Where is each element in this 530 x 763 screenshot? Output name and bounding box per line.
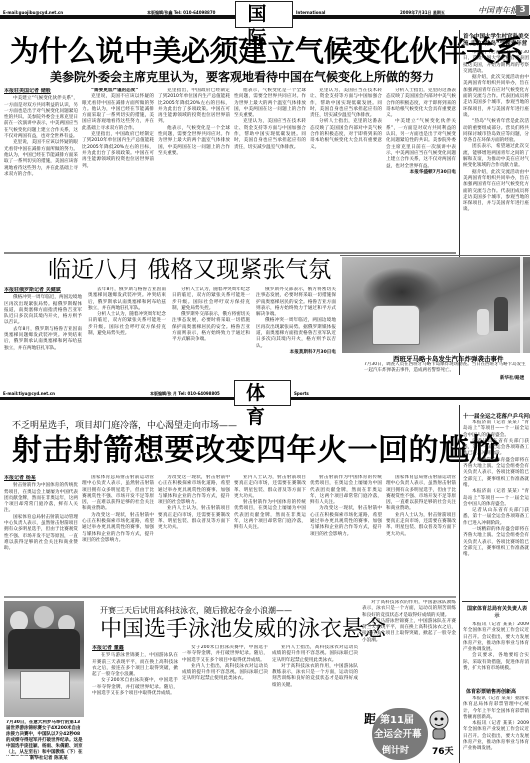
paragraph: 业内人士认为，射击射箭项目要真正走向市场，还需要在赛制改革、明星包装、群众普及等… xyxy=(386,513,456,538)
paragraph: 去年8月，俄罗斯与格鲁吉亚因南奥塞梯问题爆发武装冲突。冲突结束后，俄罗斯承认南奥… xyxy=(88,287,166,312)
paragraph: 分析人士指出，克里的这番表态反映了美国国会内部对中美气候合作的积极态度，对于即将… xyxy=(386,88,456,119)
lead-byline: 本报驻美国记者 储殷 xyxy=(4,88,78,94)
paragraph: 业内人士认为，射击射箭项目要真正走向市场，还需要在赛制改革、明星包装、群众普及等… xyxy=(234,475,306,500)
paragraph: 俄罗斯外交部表示，俄方将密切关注事态发展，必要时将采取一切措施保护南奥塞梯居民的… xyxy=(172,312,250,343)
paragraph: 本报讯（记者 某某）2009年全国体育产业发展工作会议近日召开。会议指出，要大力… xyxy=(463,622,529,653)
countdown-line3: 倒计时 xyxy=(382,743,409,756)
paragraph: 对于高科技泳衣的作用，中国游泳队教练表示，泳衣只是一个方面，运动员的刻苦训练和良… xyxy=(272,664,358,689)
countdown-days: 76天 xyxy=(432,744,454,757)
paragraph: 业内人士指出，高科技泳衣对运动员成绩的提升作用不容忽视。国际泳联已决定从明年起禁… xyxy=(272,645,358,664)
paragraph: 业内人士认为，射击射箭项目要真正走向市场，还需要在赛制改革、明星包装、群众普及等… xyxy=(158,506,230,531)
header-email[interactable]: E-mail:guojibu@cyd.net.cn xyxy=(3,10,63,15)
paragraph: 为改变这一现状，射击射箭中心正在积极探索市场化道路，希望通过举办更具观赏性的赛事… xyxy=(310,506,382,537)
swim-headline: 中国选手泳池发威的泳衣悬念 xyxy=(100,617,360,643)
paragraph: 会议要求，各地要结合实际，采取有效措施，促进体育消费，扩大体育市场规模。 xyxy=(463,653,529,672)
lead-subheadline: 美参院外委会主席克里认为，要客观地看待中国在气候变化上所做的努力 xyxy=(50,70,450,84)
paragraph: 业内人士指出，高科技泳衣对运动员成绩的提升作用不容忽视。国际泳联已决定从明年起禁… xyxy=(182,664,268,683)
sports-side-headline: 十一届全运之花落户乒乓河山 xyxy=(463,412,529,420)
swim-column-3: 业内人士指出，高科技泳衣对运动员成绩的提升作用不容忽视。国际泳联已决定从明年起禁… xyxy=(272,645,358,763)
second-column-3: 分析人士认为，随着冲突周年纪念日的临近，双方的紧张关系可能进一步升级。国际社会呼… xyxy=(172,287,250,375)
section-title-sports: 体育 xyxy=(234,380,291,406)
paragraph: 在罗马游泳世锦赛上，中国游泳队在开赛前三天表现平平，而在换上高科技泳衣之后，接连… xyxy=(362,619,456,644)
photo-swimmer xyxy=(10,611,28,631)
sports-email[interactable]: E-mail:tiyu@cyd.net.cn xyxy=(3,391,55,396)
masthead-logo: 中国青年报 xyxy=(478,5,518,16)
swim-photo-caption: 7月30日，在意大利罗马举行的第13届世界游泳锦标赛女子4X200米自由泳接力决… xyxy=(6,720,84,756)
header-date: 2009年7月31日 星期五 xyxy=(400,10,445,16)
paragraph: 国家体育总局射击射箭运动管理中心负责人表示，虽然射击射箭项目拥有众多明星选手，但… xyxy=(4,515,78,553)
countdown-line1: 第11届 xyxy=(380,711,414,726)
sports-byline: 本报记者 杨某 xyxy=(4,475,78,481)
sports-side-body: 本报济南（记者 某某）“青岛站上”等项目——十一届全运会中国人的体育盛会。 记者… xyxy=(463,420,529,595)
swim-photo-credit: 新华社记者 陈某某 xyxy=(30,756,68,762)
paragraph: 克里认为，美国应当在技术转让、资金支持等方面与中国加强合作，帮助中国实现低碳发展… xyxy=(234,119,306,150)
photo-starting-block xyxy=(20,671,70,699)
lead-column-3: 克里指出，中国政府已经制定了到2010年单位国内生产总值能耗比2005年降低20… xyxy=(158,88,230,248)
section-divider xyxy=(340,255,530,256)
second-column-1: 本报驻俄罗斯记者 关健斌 俄格冲突一周年临近，两国边境地区再次出现紧张局势。据俄… xyxy=(4,287,82,375)
paragraph: 他表示，气候变化是一个全球性问题，需要全世界共同应对。作为世界上最大的两个温室气… xyxy=(234,88,306,119)
side-story-1-headline: 首个中国大学生村官赴美交流 走访“热岛”气候青年营 xyxy=(463,34,529,48)
photo-credit: 新华社/路透 xyxy=(500,376,524,382)
paragraph: 克里认为，美国应当在技术转让、资金支持等方面与中国加强合作，帮助中国实现低碳发展… xyxy=(310,88,382,119)
paragraph: 记者从山东省有关部门获悉，第十一届全运会各项筹备工作已进入冲刺阶段。 xyxy=(463,508,529,527)
countdown-line2: 全运会开幕 xyxy=(374,726,422,740)
lead-column-4: 他表示，气候变化是一个全球性问题，需要全世界共同应对。作为世界上最大的两个温室气… xyxy=(234,88,306,248)
paragraph: 克里说，美国不应该以怀疑的眼光看待中国在减排方面所做的努力。他认为，中国已经在节… xyxy=(4,140,78,178)
paragraph: 分析人士认为，随着冲突周年纪念日的临近，双方的紧张关系可能进一步升级。国际社会呼… xyxy=(88,312,166,337)
sports-column-5: 射击射箭作为中国体育的传统优势项目，在奥运会上屡屡为中国代表团贡献金牌，然而在非… xyxy=(310,475,382,593)
paragraph: 据介绍，此次交流活动由中美两国青年组织共同举办，旨在加强两国青年在应对气候变化方… xyxy=(463,75,529,119)
swimmers-photo xyxy=(4,601,84,717)
photo-road-line xyxy=(520,257,523,353)
paragraph: 分析人士指出，克里的这番表态反映了美国国会内部对中美气候合作的积极态度，对于即将… xyxy=(310,119,382,150)
paragraph: 俄格冲突一周年临近，两国边境地区再次出现紧张局势。据俄罗斯媒体报道，南奥塞梯方面… xyxy=(4,295,82,326)
sports-sidebar-divider xyxy=(459,405,460,763)
swim-byline: 本报记者 董鑫 xyxy=(92,645,178,651)
paragraph: 女子200米自由泳决赛中，中国选手一举夺得金牌，并打破世界纪录。随后，中国选手又… xyxy=(182,645,268,664)
section-divider xyxy=(4,252,456,254)
paragraph: 射击射箭作为中国体育的传统优势项目，在奥运会上屡屡为中国代表团贡献金牌，然而在非… xyxy=(4,483,78,514)
sports-side-box-headline: 国家体育总局有关负责人表示 xyxy=(466,605,528,619)
paragraph: “热岛”气候青年营是此次活动的重要组成部分。营员们将共同探讨城市热岛效应等问题，… xyxy=(463,119,529,144)
paragraph: 为改变这一现状，射击射箭中心正在积极探索市场化道路，希望通过举办更具观赏性的赛事… xyxy=(82,513,154,544)
photo-swimmer-body xyxy=(8,629,80,669)
paragraph: 为改变这一现状，射击射箭中心正在积极探索市场化道路，希望通过举办更具观赏性的赛事… xyxy=(158,475,230,506)
paragraph: 对于高科技泳衣的作用，中国游泳队教练表示，泳衣只是一个方面，运动员的刻苦训练和良… xyxy=(362,600,456,619)
paragraph: 在罗马游泳世锦赛上，中国游泳队在开赛前三天表现平平，而在换上高科技泳衣之后，接连… xyxy=(92,653,178,678)
swim-column-2: 女子200米自由泳决赛中，中国选手一举夺得金牌，并打破世界纪录。随后，中国选手又… xyxy=(182,645,268,763)
second-byline: 本报驻俄罗斯记者 关健斌 xyxy=(4,287,82,293)
header-editor-tel: 本版编辑/张鑫 Tel: 010-64098870 xyxy=(147,10,215,16)
sports-editor-tel: 本版编辑/张 月 Tel: 010-64098805 xyxy=(150,391,220,397)
paragraph: 据介绍，此次交流活动由中美两国青年组织共同举办，旨在加强两国青年在应对气候变化方… xyxy=(463,170,529,214)
mascot-icon xyxy=(426,710,452,740)
sports-column-6: 国家体育总局射击射箭运动管理中心负责人表示，虽然射击射箭项目拥有众多明星选手，但… xyxy=(386,475,456,593)
paragraph: 俄格冲突一周年临近，两国边境地区再次出现紧张局势。据俄罗斯媒体报道，南奥塞梯方面… xyxy=(256,318,336,349)
paragraph: 中美建立“气候变化伙伴关系”，一方面是对双方共同利益的认识，另一方面也是出于对气… xyxy=(386,119,456,169)
paragraph: 去年8月，俄罗斯与格鲁吉亚因南奥塞梯问题爆发武装冲突。冲突结束后，俄罗斯承认南奥… xyxy=(4,327,82,352)
sports-column-2: 国家体育总局射击射箭运动管理中心负责人表示，虽然射击射箭项目拥有众多明星选手，但… xyxy=(82,475,154,593)
paragraph: 俄罗斯外交部表示，俄方将密切关注事态发展，必要时将采取一切措施保护南奥塞梯居民的… xyxy=(256,287,336,318)
photo-caption: 7月30日，调查人员在西班牙马略卡岛爆炸现场勘查。当日在西班牙马略卡岛发生一起汽… xyxy=(364,362,528,374)
paragraph: 女子200米自由泳决赛中，中国选手一举夺得金牌，并打破世界纪录。随后，中国选手又… xyxy=(92,678,178,697)
paragraph: 记者从山东省有关部门获悉，第十一届全运会各项筹备工作已进入冲刺阶段。 xyxy=(463,439,529,458)
page-number: 3 xyxy=(516,5,529,16)
paragraph: 团长表示，希望通过此次交流，能够增进两国青年之间的了解和友谊，为推动中美在应对气… xyxy=(463,144,529,169)
paragraph: 国家体育总局射击射箭运动管理中心负责人表示，虽然射击射箭项目拥有众多明星选手，但… xyxy=(386,475,456,513)
section-title-en: International xyxy=(296,10,325,15)
paragraph: 他表示，气候变化是一个全球性问题，需要全世界共同应对。作为世界上最大的两个温室气… xyxy=(158,126,230,157)
paragraph: 一场精彩的体育盛会即将在齐鲁大地上演。全运会组委会有关负责人表示，各项比赛场馆已… xyxy=(463,527,529,558)
second-column-4: 俄罗斯外交部表示，俄方将密切关注事态发展，必要时将采取一切措施保护南奥塞梯居民的… xyxy=(256,287,336,375)
section-divider xyxy=(4,596,456,598)
photo-swimmer xyxy=(34,606,54,628)
countdown-badge: 距 第11届 全运会开幕 倒计时 76天 xyxy=(362,708,458,763)
paragraph: 分析人士认为，随着冲突周年纪念日的临近，双方的紧张关系可能进一步升级。国际社会呼… xyxy=(172,287,250,312)
lead-column-5: 克里认为，美国应当在技术转让、资金支持等方面与中国加强合作，帮助中国实现低碳发展… xyxy=(310,88,382,248)
sports-side-divider xyxy=(462,601,528,602)
paragraph: 国家体育总局射击射箭运动管理中心负责人表示，虽然射击射箭项目拥有众多明星选手，但… xyxy=(82,475,154,513)
sports-header: E-mail:tiyu@cyd.net.cn 本版编辑/张 月 Tel: 010… xyxy=(0,383,530,405)
sports-headline: 射击射箭想要改变四年火一回的尴尬 xyxy=(12,432,452,470)
second-headline: 临近八月 俄格又现紧张气氛 xyxy=(48,256,338,284)
second-footer: 本报莫斯科7月30日电 xyxy=(256,350,336,356)
lead-column-6: 分析人士指出，克里的这番表态反映了美国国会内部对中美气候合作的积极态度，对于即将… xyxy=(386,88,456,248)
paragraph: 射击射箭作为中国体育的传统优势项目，在奥运会上屡屡为中国代表团贡献金牌，然而在非… xyxy=(310,475,382,506)
sports-column-1: 本报记者 杨某 射击射箭作为中国体育的传统优势项目，在奥运会上屡屡为中国代表团贡… xyxy=(4,475,78,593)
swim-column-1: 本报记者 董鑫 在罗马游泳世锦赛上，中国游泳队在开赛前三天表现平平，而在换上高科… xyxy=(92,645,178,763)
paragraph: 本报济南（记者 某某）“青岛站上”等项目——十一届全运会中国人的体育盛会。 xyxy=(463,420,529,439)
sports-kicker: 不乏明星选手，项目却门庭冷落，中心渴望走向市场—— xyxy=(12,418,312,431)
paragraph: 一场精彩的体育盛会即将在齐鲁大地上演。全运会组委会有关负责人表示，各项比赛场馆已… xyxy=(463,458,529,489)
paragraph: 克里指出，中国政府已经制定了到2010年单位国内生产总值能耗比2005年降低20… xyxy=(82,132,154,170)
paragraph: 克里指出，中国政府已经制定了到2010年单位国内生产总值能耗比2005年降低20… xyxy=(158,88,230,126)
lead-headline: 为什么说中美必须建立气候变化伙伴关系 xyxy=(10,34,450,68)
lead-column-2: “需要更加严谨的态度” 克里说，美国不应该以怀疑的眼光看待中国在减排方面所做的努… xyxy=(82,88,154,248)
photo-car xyxy=(372,305,420,345)
sports-column-3: 为改变这一现状，射击射箭中心正在积极探索市场化道路，希望通过举办更具观赏性的赛事… xyxy=(158,475,230,593)
lead-column-1: 本报驻美国记者 储殷 中美建立“气候变化伙伴关系”，一方面是对双方共同利益的认识… xyxy=(4,88,78,248)
second-column-2: 去年8月，俄罗斯与格鲁吉亚因南奥塞梯问题爆发武装冲突。冲突结束后，俄罗斯承认南奥… xyxy=(88,287,166,375)
sports-side-box-body: 本报讯（记者 某某）2009年全国体育产业发展工作会议近日召开。会议指出，要大力… xyxy=(463,622,529,684)
sports-column-4: 业内人士认为，射击射箭项目要真正走向市场，还需要在赛制改革、明星包装、群众普及等… xyxy=(234,475,306,593)
lead-footer: 本报华盛顿7月30日电 xyxy=(386,170,456,176)
paragraph: 本报讯（记者 某某）2009年全国体育产业发展工作会议近日召开。会议指出，要大力… xyxy=(463,721,529,752)
photo-figure xyxy=(477,309,489,335)
paragraph: 中美建立“气候变化伙伴关系”，一方面是对双方共同利益的认识，另一方面也是出于对气… xyxy=(4,96,78,140)
paragraph: 本报济南（记者 某某）“青岛站上”等项目——十一届全运会中国人的体育盛会。 xyxy=(463,489,529,508)
paragraph: 本报讯（记者 某某）据国家体育总局体育彩票管理中心统计，今年上半年全国体育彩票销… xyxy=(463,696,529,721)
sports-side-box2-headline: 体育彩票销售再创新高 xyxy=(466,688,528,695)
sports-side-box2-body: 本报讯（记者 某某）据国家体育总局体育彩票管理中心统计，今年上半年全国体育彩票销… xyxy=(463,696,529,763)
paragraph: 本报讯（记者 某某）7月30日，首批中国大学生村官代表团抵达美国，开始为期两周的… xyxy=(463,50,529,75)
photo-figure xyxy=(494,297,508,331)
car-bomb-photo xyxy=(342,257,530,353)
swim-column-4: 对于高科技泳衣的作用，中国游泳队教练表示，泳衣只是一个方面，运动员的刻苦训练和良… xyxy=(362,600,456,692)
sports-title-en: Sports xyxy=(294,391,309,396)
paragraph: 射击射箭作为中国体育的传统优势项目，在奥运会上屡屡为中国代表团贡献金牌，然而在非… xyxy=(234,500,306,531)
side-story-1-body: 本报讯（记者 某某）7月30日，首批中国大学生村官代表团抵达美国，开始为期两周的… xyxy=(463,50,529,256)
swim-kicker: 开赛三天后试用高科技泳衣，随后掀起夺金小浪潮—— xyxy=(100,605,360,616)
section-title-international: 国际 xyxy=(235,1,293,28)
top-header: E-mail:guojibu@cyd.net.cn 本版编辑/张鑫 Tel: 0… xyxy=(0,0,530,28)
paragraph: 克里说，美国不应该以怀疑的眼光看待中国在减排方面所做的努力。他认为，中国已经在节… xyxy=(82,94,154,132)
